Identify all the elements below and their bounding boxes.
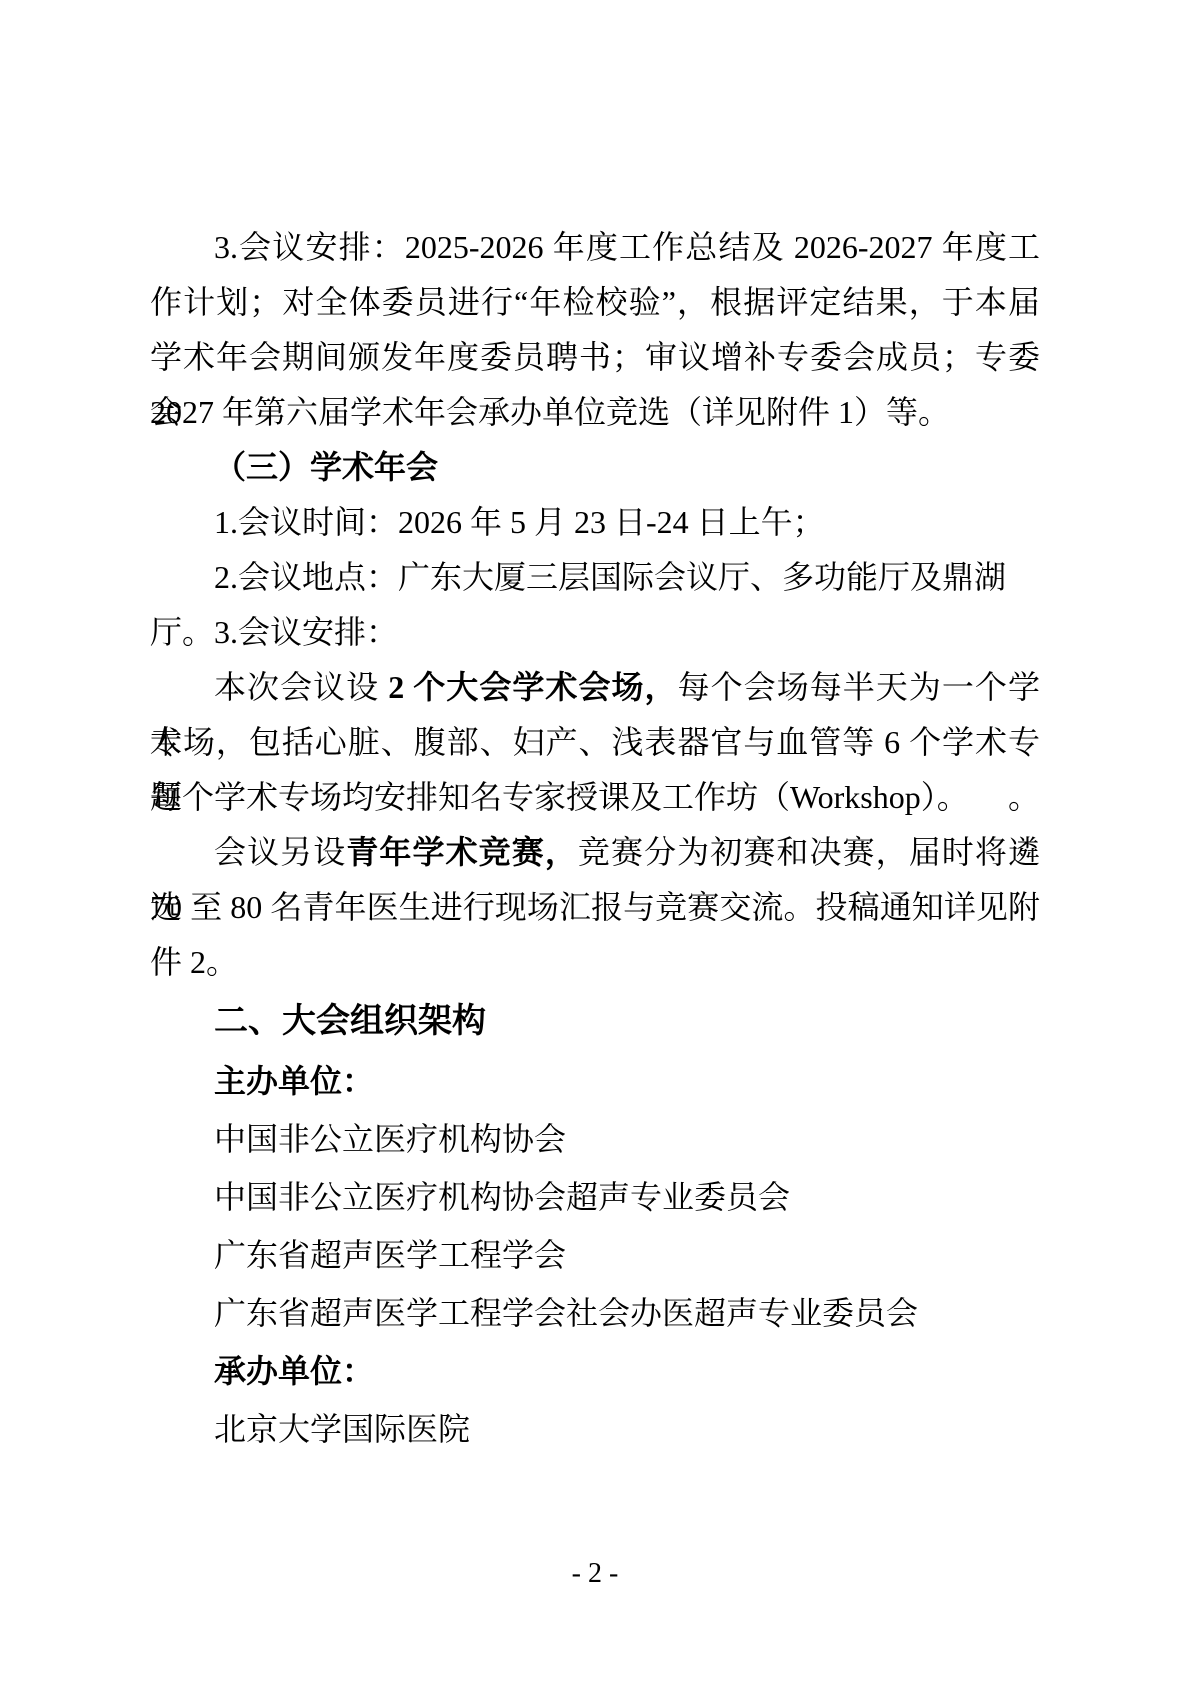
paragraph-line: 70 至 80 名青年医生进行现场汇报与竞赛交流。投稿通知详见附 <box>150 880 1040 935</box>
host-org: 广东省超声医学工程学会社会办医超声专业委员会 <box>150 1284 1040 1342</box>
host-label: 主办单位： <box>150 1052 1040 1110</box>
paragraph-line: 专场，包括心脏、腹部、妇产、浅表器官与血管等 6 个学术专题。 <box>150 715 1040 770</box>
bold-text-youth-competition: 青年学术竞赛， <box>346 834 578 870</box>
meeting-time-line: 1.会议时间：2026 年 5 月 23 日-24 日上午； <box>150 495 1040 550</box>
paragraph-text: 本次会议设 <box>214 669 388 705</box>
page-number: - 2 - <box>0 1558 1190 1590</box>
meeting-location-line: 2.会议地点：广东大厦三层国际会议厅、多功能厅及鼎湖厅。 <box>150 550 1040 605</box>
paragraph-line: 件 2。 <box>150 935 1040 990</box>
paragraph-line: 3.会议安排：2025-2026 年度工作总结及 2026-2027 年度工 <box>150 220 1040 275</box>
organizer-org: 北京大学国际医院 <box>150 1400 1040 1458</box>
section-heading-academic-annual-meeting: （三）学术年会 <box>150 440 1040 495</box>
paragraph-line: 学术年会期间颁发年度委员聘书；审议增补专委会成员；专委会 <box>150 330 1040 385</box>
document-page: { "doc": { "item3_arrangement": { "line1… <box>0 0 1190 1684</box>
organizer-label: 承办单位： <box>150 1342 1040 1400</box>
paragraph-line: 会议另设青年学术竞赛，竞赛分为初赛和决赛，届时将遴选 <box>150 825 1040 880</box>
paragraph-text: 会议另设 <box>214 834 346 870</box>
section-heading-organization: 二、大会组织架构 <box>150 990 1040 1052</box>
meeting-arrangement-line: 3.会议安排： <box>150 605 1040 660</box>
paragraph-line: 作计划；对全体委员进行“年检校验”，根据评定结果，于本届 <box>150 275 1040 330</box>
paragraph-line: 2027 年第六届学术年会承办单位竞选（详见附件 1）等。 <box>150 385 1040 440</box>
paragraph-line: 每个学术专场均安排知名专家授课及工作坊（Workshop）。 <box>150 770 1040 825</box>
host-org: 中国非公立医疗机构协会超声专业委员会 <box>150 1168 1040 1226</box>
paragraph-line: 本次会议设 2 个大会学术会场，每个会场每半天为一个学术 <box>150 660 1040 715</box>
document-body: 3.会议安排：2025-2026 年度工作总结及 2026-2027 年度工 作… <box>150 220 1040 1458</box>
host-org: 中国非公立医疗机构协会 <box>150 1110 1040 1168</box>
bold-text-session-count: 2 个大会学术会场， <box>388 669 677 705</box>
host-org: 广东省超声医学工程学会 <box>150 1226 1040 1284</box>
